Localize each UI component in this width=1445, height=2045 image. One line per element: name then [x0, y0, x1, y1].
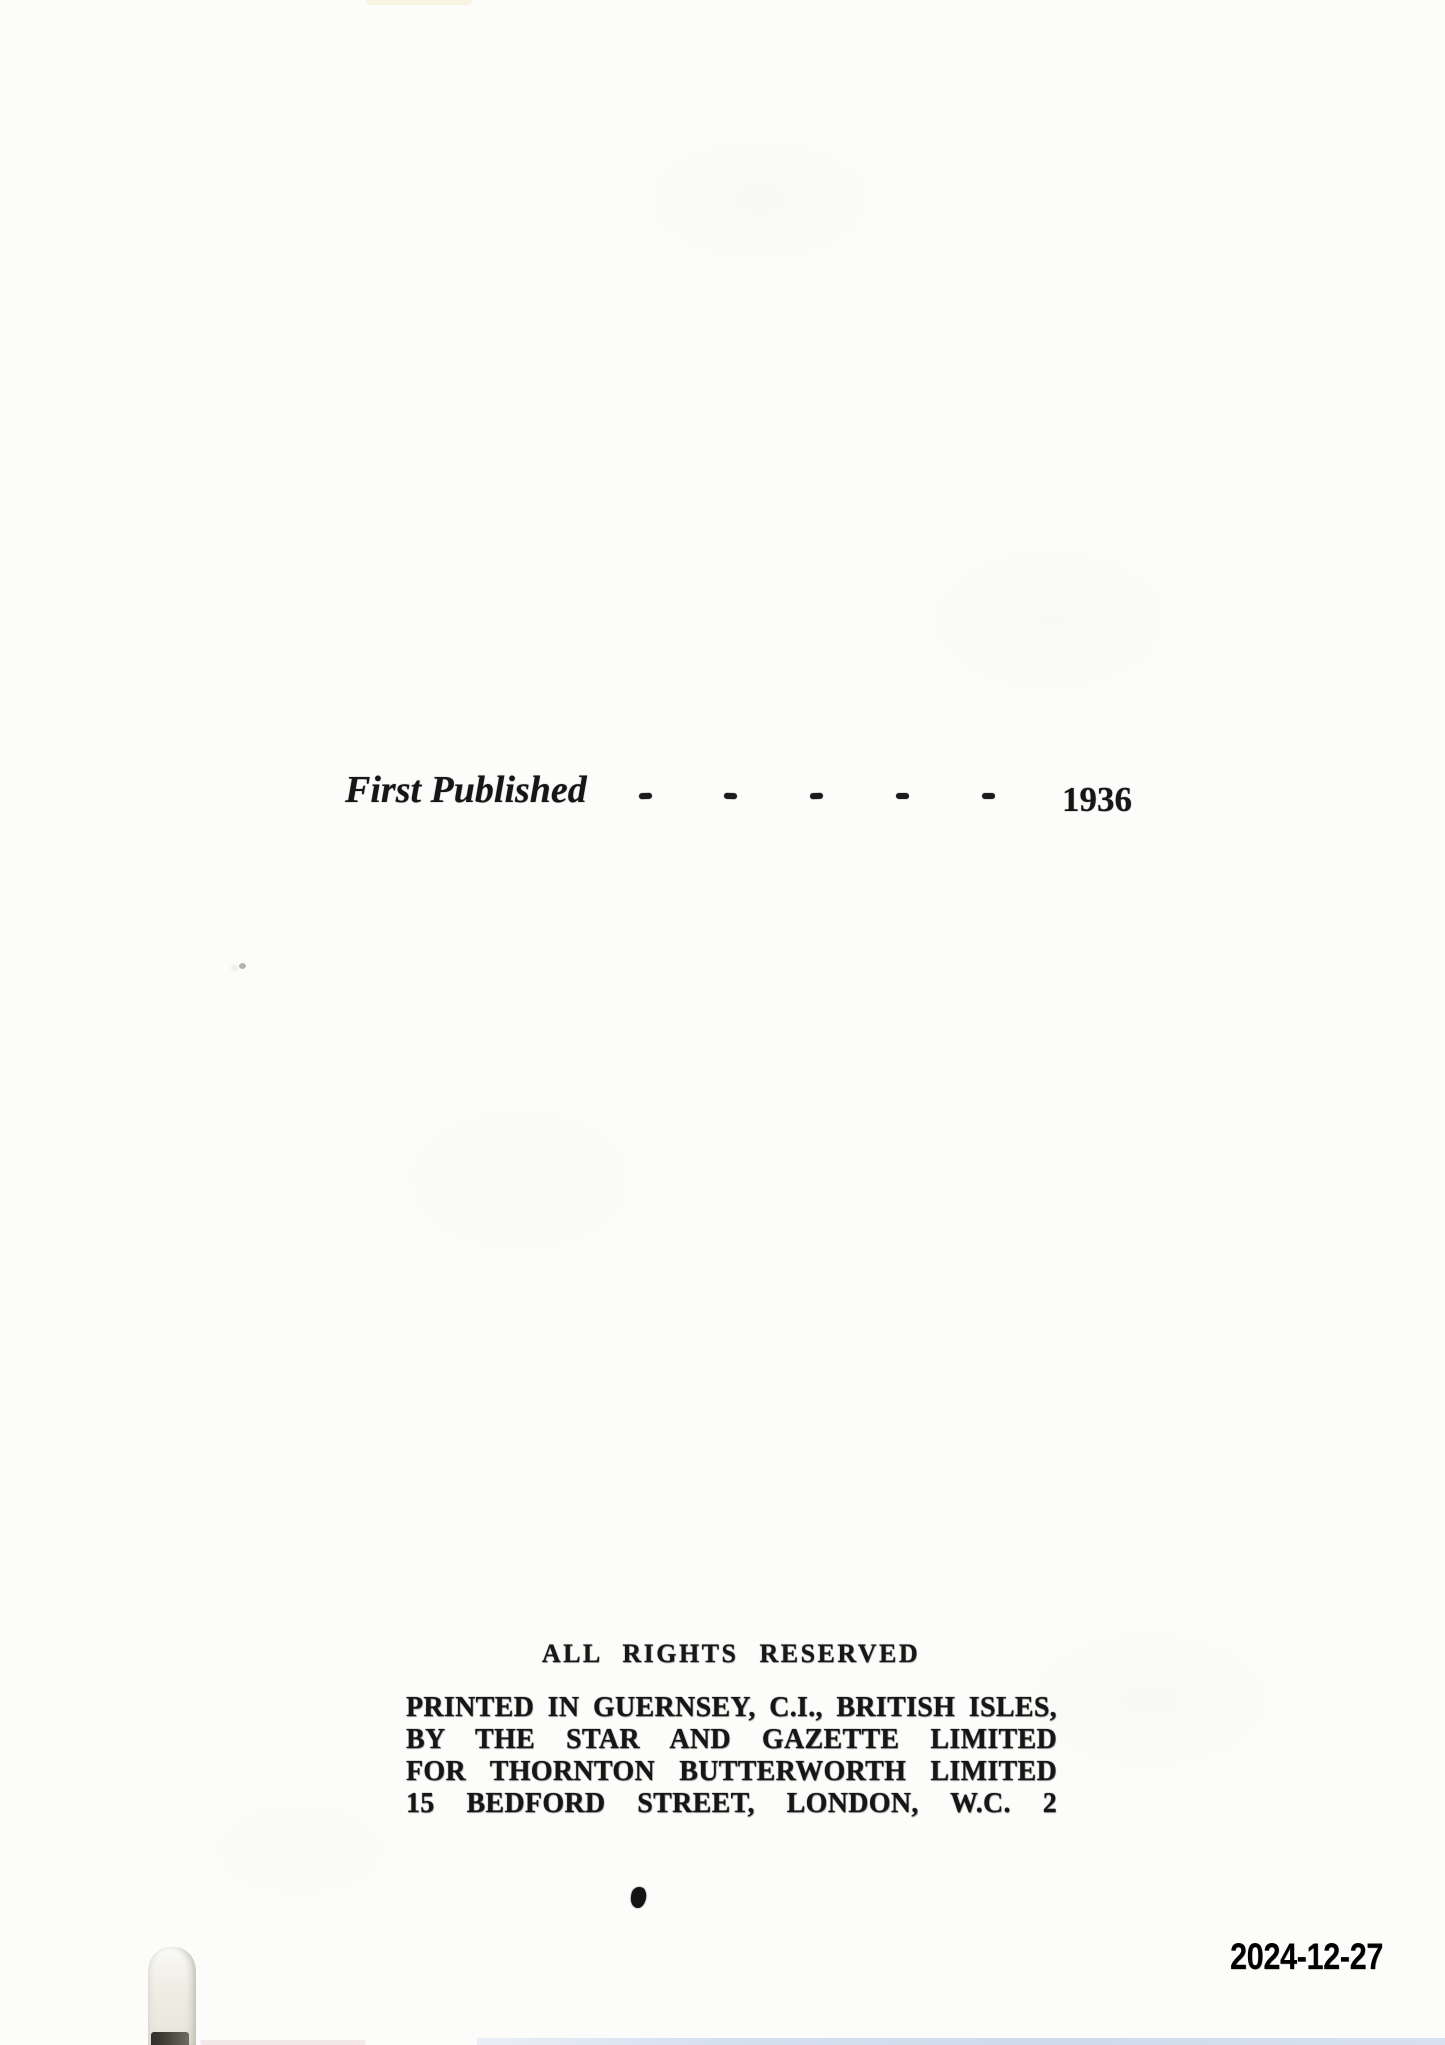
leader-dash-3 — [810, 793, 823, 800]
imprint-line-2: BY THE STAR AND GAZETTE LIMITED — [406, 1724, 1057, 1756]
publication-year: 1936 — [1062, 782, 1132, 817]
top-edge-scan-artifact — [366, 0, 472, 5]
imprint-line-3: FOR THORNTON BUTTERWORTH LIMITED — [406, 1756, 1057, 1788]
scan-speck — [239, 963, 246, 969]
imprint-line-4: 15 BEDFORD STREET, LONDON, W.C. 2 — [406, 1788, 1057, 1820]
leader-dash-5 — [982, 793, 995, 799]
thumb-scan-artifact-fringe — [151, 2032, 189, 2045]
scanned-book-page: First Published 1936 ALL RIGHTS RESERVED… — [0, 0, 1445, 2045]
bottom-edge-blue-line — [477, 2038, 1445, 2045]
date-stamp: 2024-12-27 — [1230, 1938, 1383, 1975]
ink-dot-mark — [630, 1886, 648, 1909]
first-published-label: First Published — [345, 771, 587, 809]
imprint-line-1: PRINTED IN GUERNSEY, C.I., BRITISH ISLES… — [406, 1692, 1057, 1724]
leader-dash-4 — [896, 793, 909, 799]
all-rights-reserved-line: ALL RIGHTS RESERVED — [406, 1641, 1056, 1667]
imprint-block: PRINTED IN GUERNSEY, C.I., BRITISH ISLES… — [406, 1692, 1057, 1820]
thumb-scan-artifact — [148, 1947, 196, 2045]
leader-dash-1 — [639, 793, 652, 799]
leader-dash-2 — [724, 793, 737, 799]
bottom-edge-pink-line — [200, 2040, 366, 2045]
